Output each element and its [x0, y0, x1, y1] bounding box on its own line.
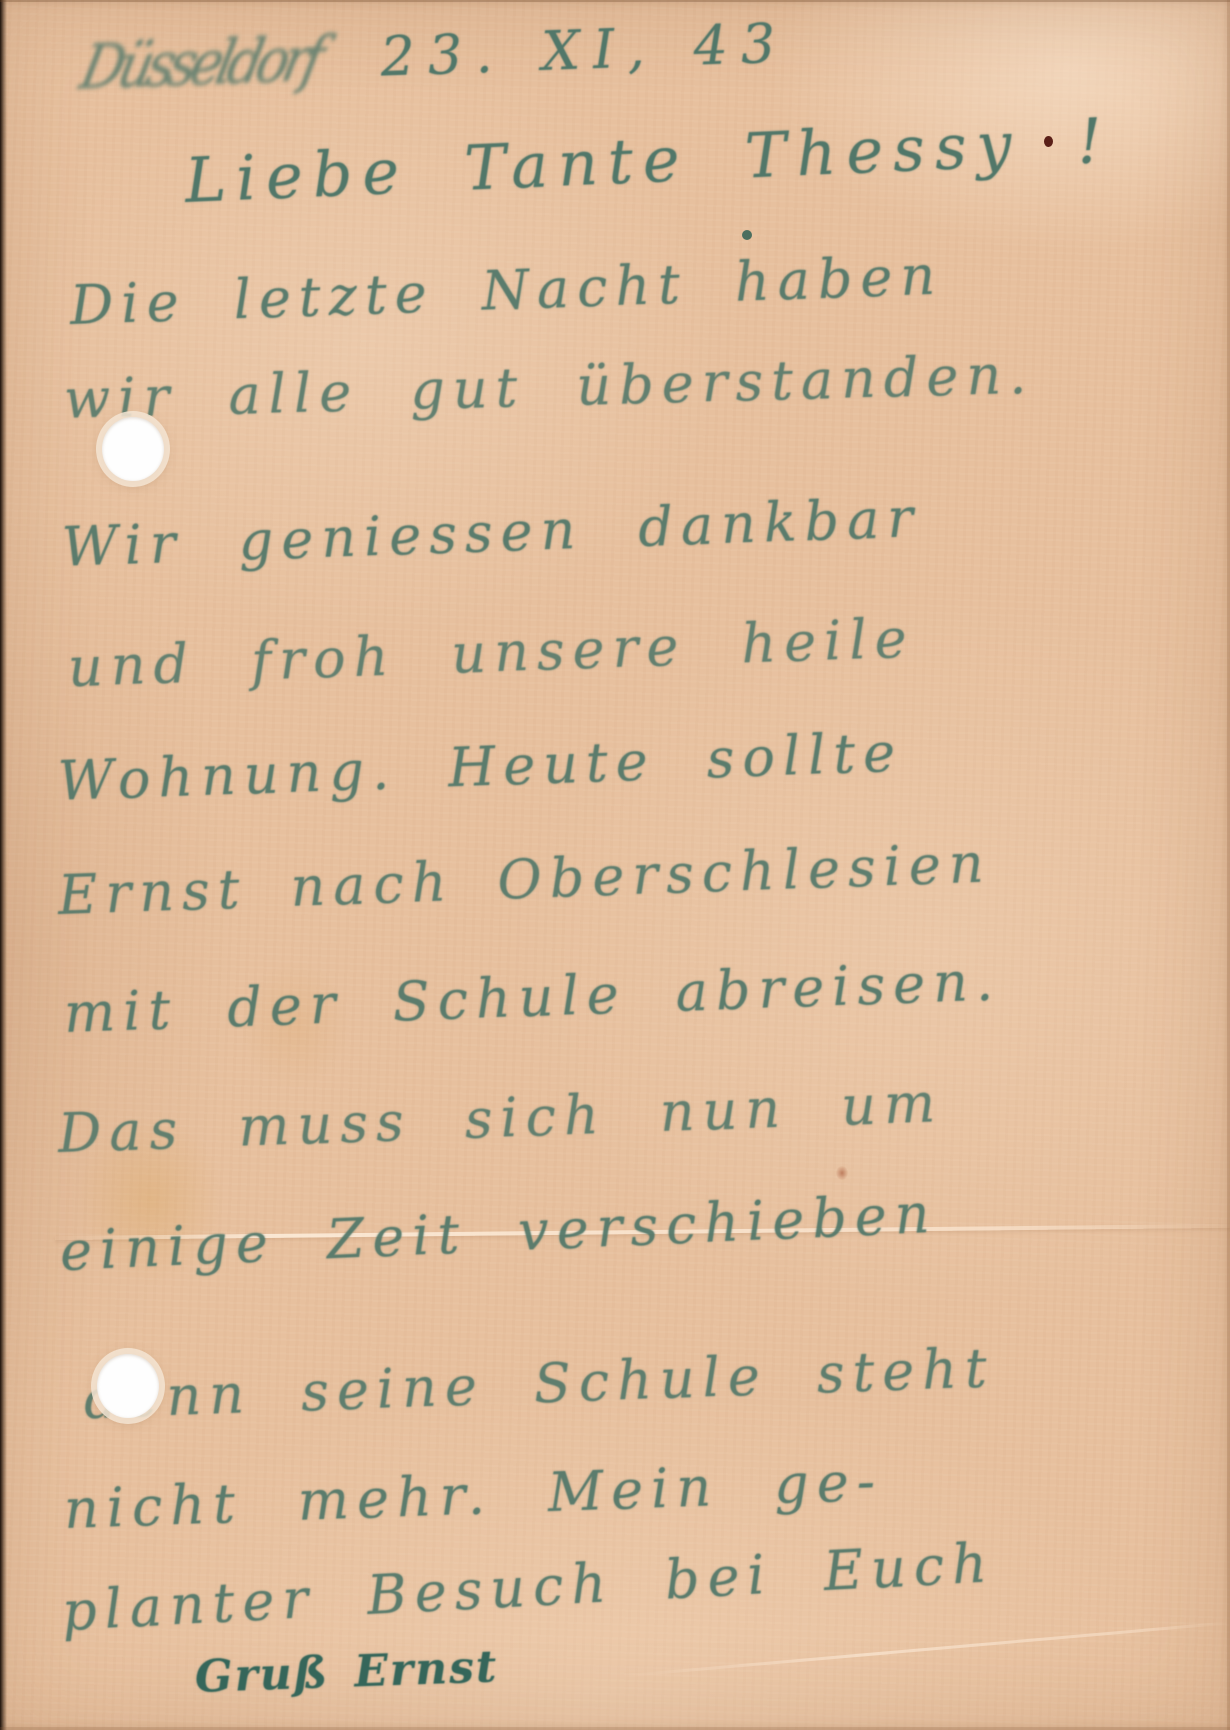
- body-line: Ernst nach Oberschlesien: [57, 829, 993, 929]
- body-line: nicht mehr. Mein ge-: [63, 1447, 884, 1543]
- body-line: und froh unsere heile: [67, 604, 916, 701]
- dateline: Düsseldorf 23. XI, 43: [81, 9, 790, 101]
- scan-edge-top: [0, 0, 1230, 2]
- body-line: mit der Schule abreisen.: [63, 947, 1002, 1047]
- body-line: Wir geniessen dankbar: [61, 484, 922, 581]
- scan-edge-left: [0, 0, 7, 1730]
- hole-punch: [97, 1354, 159, 1418]
- date-text: 23. XI, 43: [379, 9, 789, 91]
- stain: [836, 1166, 848, 1180]
- body-line: Das muss sich nun um: [57, 1069, 944, 1167]
- body-line: planter Besuch bei Euch: [60, 1529, 996, 1645]
- letter-page: Düsseldorf 23. XI, 43 Liebe Tante Thessy…: [0, 0, 1230, 1730]
- hole-punch: [102, 417, 164, 481]
- body-line: Wohnung. Heute sollte: [57, 719, 904, 816]
- body-line: denn seine Schule steht: [83, 1334, 996, 1433]
- salutation-line: Liebe Tante Thessy !: [183, 102, 1113, 220]
- signature: Gruß Ernst: [194, 1639, 499, 1705]
- body-line: Die letzte Nacht haben: [69, 242, 944, 340]
- paper-crease: [621, 1621, 1229, 1677]
- body-line: wir alle gut überstanden.: [63, 341, 1035, 434]
- place-scrawl: Düsseldorf: [74, 21, 326, 105]
- ink-speck: [742, 230, 752, 240]
